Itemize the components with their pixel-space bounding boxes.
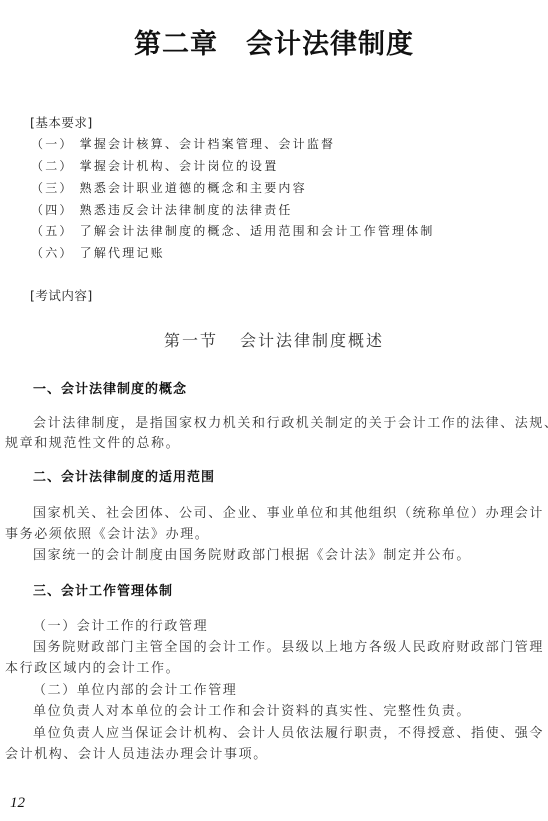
requirement-item: （六） 了解代理记账	[31, 244, 165, 261]
exam-content-heading: [考试内容]	[30, 286, 93, 304]
requirement-item: （五） 了解会计法律制度的概念、适用范围和会计工作管理体制	[31, 222, 435, 239]
requirement-item: （四） 熟悉违反会计法律制度的法律责任	[31, 201, 293, 218]
paragraph-line: 会计机构、会计人员违法办理会计事项。	[5, 743, 268, 762]
basic-requirements-heading: [基本要求]	[30, 113, 93, 131]
section-title: 第一节会计法律制度概述	[0, 328, 548, 351]
requirement-item: （一） 掌握会计核算、会计档案管理、会计监督	[31, 135, 335, 152]
paragraph-line: 本行政区域内的会计工作。	[5, 657, 180, 676]
requirement-item: （二） 掌握会计机构、会计岗位的设置	[31, 157, 278, 174]
paragraph-line: 国家统一的会计制度由国务院财政部门根据《会计法》制定并公布。	[33, 544, 471, 563]
paragraph-line: 会计法律制度，是指国家权力机关和行政机关制定的关于会计工作的法律、法规、	[33, 412, 548, 431]
paragraph-line: 国家机关、社会团体、公司、企业、事业单位和其他组织（统称单位）办理会计	[33, 502, 544, 521]
subsection-heading: 三、会计工作管理体制	[33, 580, 173, 599]
subsection-heading: 二、会计法律制度的适用范围	[33, 466, 215, 485]
chapter-title: 第二章会计法律制度	[0, 22, 548, 61]
chapter-name: 会计法律制度	[246, 29, 414, 60]
chapter-number: 第二章	[134, 29, 218, 60]
paragraph-line: 事务必须依照《会计法》办理。	[5, 523, 209, 542]
page-number: 12	[10, 795, 25, 812]
section-name: 会计法律制度概述	[240, 331, 384, 350]
section-number: 第一节	[164, 331, 218, 350]
paragraph-line: （一）会计工作的行政管理	[33, 615, 208, 634]
paragraph-line: （二）单位内部的会计工作管理	[33, 679, 237, 698]
paragraph-line: 单位负责人应当保证会计机构、会计人员依法履行职责，不得授意、指使、强令	[33, 722, 544, 741]
paragraph-line: 规章和规范性文件的总称。	[5, 432, 180, 451]
paragraph-line: 国务院财政部门主管全国的会计工作。县级以上地方各级人民政府财政部门管理	[33, 636, 544, 655]
paragraph-line: 单位负责人对本单位的会计工作和会计资料的真实性、完整性负责。	[33, 700, 471, 719]
subsection-heading: 一、会计法律制度的概念	[33, 378, 187, 397]
document-page: 第二章会计法律制度 [基本要求] （一） 掌握会计核算、会计档案管理、会计监督 …	[0, 0, 548, 821]
requirement-item: （三） 熟悉会计职业道德的概念和主要内容	[31, 179, 307, 196]
